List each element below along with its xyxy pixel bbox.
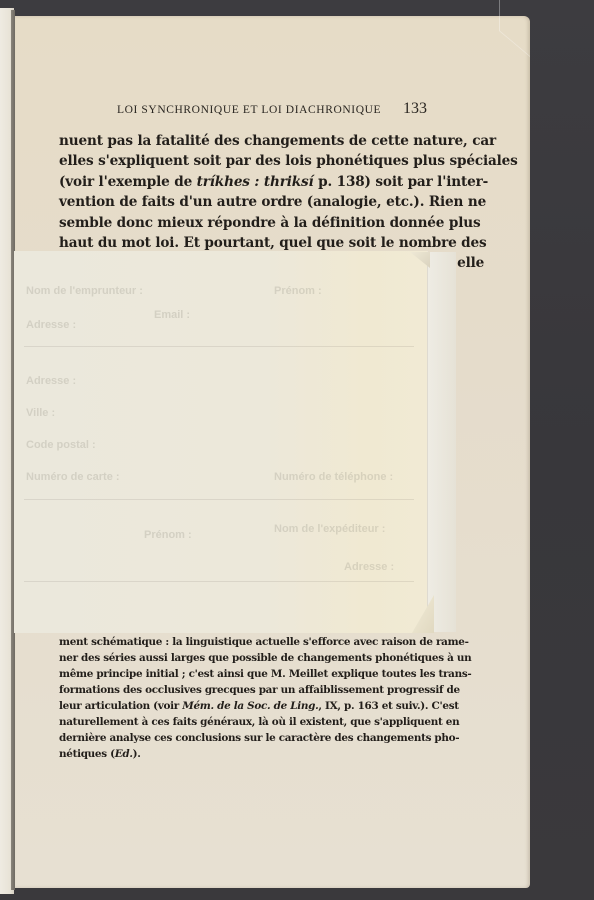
slip-ghost-label: Ville :: [26, 407, 55, 419]
text-line: ner des séries aussi larges que possible…: [59, 650, 415, 666]
slip-ghost-label: Email :: [154, 309, 190, 321]
italic-term: Ed.: [115, 748, 133, 760]
text-line: semble donc mieux répondre à la définiti…: [59, 213, 425, 233]
text-line: naturellement à ces faits généraux, là o…: [59, 714, 415, 730]
slip-ghost-label: Adresse :: [26, 375, 76, 387]
slip-ghost-label: Code postal :: [26, 439, 96, 451]
page-number: 133: [403, 100, 427, 118]
slip-right-edge: [427, 252, 456, 632]
text-line: ment schématique : la linguistique actue…: [59, 634, 415, 650]
slip-ghost-label: Prénom :: [144, 529, 192, 541]
slip-ghost-label: Numéro de carte :: [26, 471, 120, 483]
text-line: nuent pas la fatalité des changements de…: [59, 131, 425, 151]
text-line: elles s'expliquent soit par des lois pho…: [59, 151, 425, 171]
slip-ghost-label: Prénom :: [274, 285, 322, 297]
running-head: LOI SYNCHRONIQUE ET LOI DIACHRONIQUE: [117, 104, 381, 116]
library-slip-overlay: Nom de l'emprunteur : Prénom : Email : A…: [14, 251, 427, 633]
slip-ghost-label: Nom de l'expéditeur :: [274, 523, 385, 535]
slip-ghost-label: Adresse :: [344, 561, 394, 573]
footnote: ment schématique : la linguistique actue…: [59, 634, 415, 762]
italic-term: tríkhes : thriksí: [197, 174, 314, 190]
italic-term: Mém. de la Soc. de Ling.: [182, 700, 318, 712]
text-line: (voir l'exemple de tríkhes : thriksí p. …: [59, 172, 425, 192]
text-line: même principe initial ; c'est ainsi que …: [59, 666, 415, 682]
slip-ghost-label: Adresse :: [26, 319, 76, 331]
slip-ghost-label: Numéro de téléphone :: [274, 471, 393, 483]
text-line: dernière analyse ces conclusions sur le …: [59, 730, 415, 746]
text-line: leur articulation (voir Mém. de la Soc. …: [59, 698, 415, 714]
slip-ghost-label: Nom de l'emprunteur :: [26, 285, 143, 297]
text-line: vention de faits d'un autre ordre (analo…: [59, 192, 425, 212]
text-line: nétiques (Ed.).: [59, 746, 415, 762]
text-line: formations des occlusives grecques par u…: [59, 682, 415, 698]
